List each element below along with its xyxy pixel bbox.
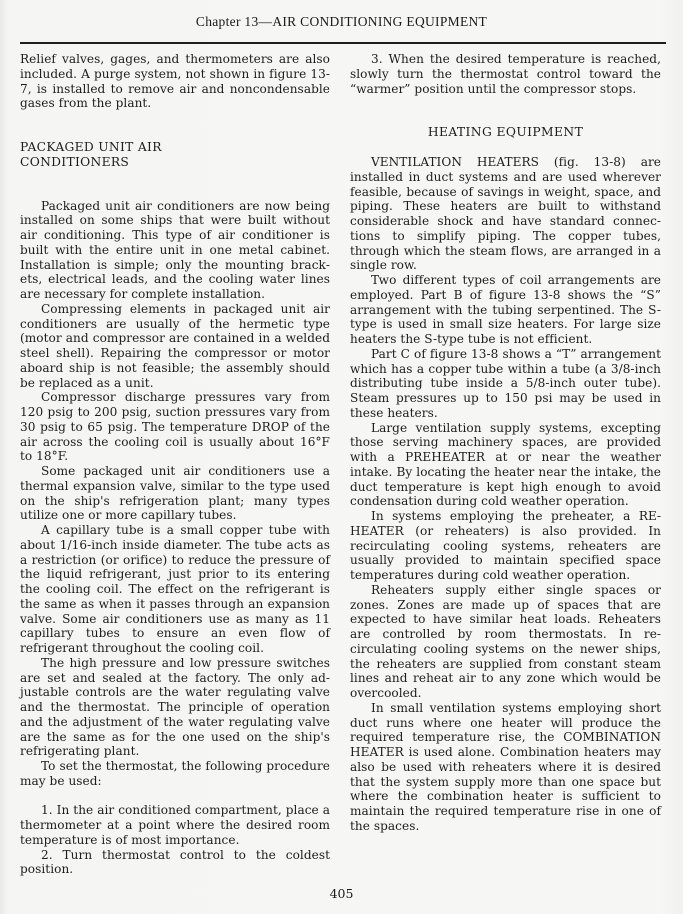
left-column: Relief valves, gages, and thermometers a… <box>20 52 330 877</box>
continued-paragraph: Relief valves, gages, and thermometers a… <box>20 52 330 111</box>
paragraph: A capillary tube is a small copper tube … <box>20 523 330 656</box>
paragraph: To set the thermostat, the following pro… <box>20 759 330 789</box>
paragraph: Reheaters supply either single spaces or… <box>350 583 661 701</box>
paragraph: Large ventilation supply systems, except… <box>350 421 661 510</box>
paragraph: Part C of figure 13-8 shows a “T” arrang… <box>350 347 661 421</box>
paragraph: In small ventilation systems employing s… <box>350 701 661 834</box>
paragraph: VENTILATION HEATERS (fig. 13-8) are inst… <box>350 155 661 273</box>
section-heading-packaged-unit: PACKAGED UNIT AIR CONDITIONERS <box>20 140 330 170</box>
paragraph: The high pressure and low pressure switc… <box>20 656 330 759</box>
paragraph: In systems employing the preheater, a RE… <box>350 509 661 583</box>
header-rule <box>20 42 666 44</box>
procedure-step: 3. When the desired temperature is reach… <box>350 52 661 96</box>
running-header: Chapter 13—AIR CONDITIONING EQUIPMENT <box>0 14 683 30</box>
section-heading-line: CONDITIONERS <box>20 155 330 170</box>
paragraph: Two different types of coil arrangements… <box>350 273 661 347</box>
procedure-step: 1. In the air conditioned compartment, p… <box>20 803 330 847</box>
paragraph: Compressor discharge pressures vary from… <box>20 390 330 464</box>
page-number: 405 <box>0 886 683 901</box>
paragraph: Some packaged unit air conditioners use … <box>20 464 330 523</box>
right-column: 3. When the desired temperature is reach… <box>350 52 661 834</box>
document-page: Chapter 13—AIR CONDITIONING EQUIPMENT Re… <box>0 0 683 914</box>
section-heading-line: PACKAGED UNIT AIR <box>20 140 330 155</box>
procedure-step: 2. Turn thermostat control to the coldes… <box>20 848 330 878</box>
paragraph: Compressing elements in packaged unit ai… <box>20 302 330 391</box>
section-heading-heating-equipment: HEATING EQUIPMENT <box>350 125 661 140</box>
paragraph: Packaged unit air conditioners are now b… <box>20 199 330 302</box>
